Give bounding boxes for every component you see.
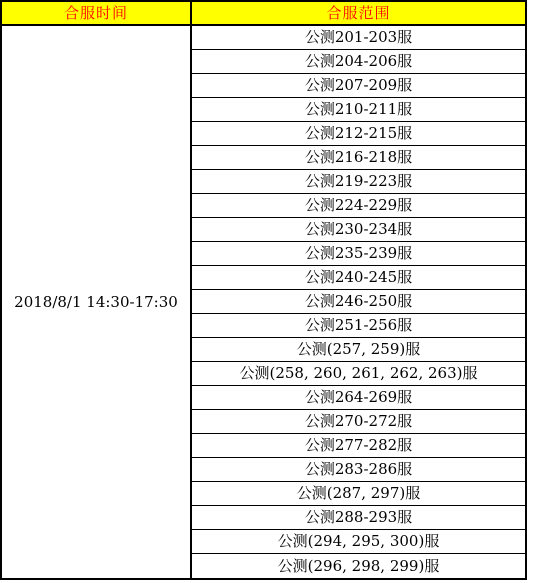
- merge-range-row: 公测240-245服: [192, 266, 525, 290]
- merge-range-row: 公测277-282服: [192, 434, 525, 458]
- merge-time-value: 2018/8/1 14:30-17:30: [2, 26, 192, 578]
- merge-range-row: 公测251-256服: [192, 314, 525, 338]
- merge-range-row: 公测(294, 295, 300)服: [192, 530, 525, 554]
- merge-range-row: 公测246-250服: [192, 290, 525, 314]
- merge-range-row: 公测230-234服: [192, 218, 525, 242]
- merge-range-row: 公测210-211服: [192, 98, 525, 122]
- header-merge-range: 合服范围: [192, 2, 525, 26]
- merge-range-row: 公测288-293服: [192, 506, 525, 530]
- merge-range-row: 公测219-223服: [192, 170, 525, 194]
- merge-range-row: 公测(287, 297)服: [192, 482, 525, 506]
- merge-range-row: 公测(296, 298, 299)服: [192, 554, 525, 578]
- merge-range-row: 公测235-239服: [192, 242, 525, 266]
- merge-range-row: 公测270-272服: [192, 410, 525, 434]
- merge-range-row: 公测201-203服: [192, 26, 525, 50]
- merge-range-row: 公测216-218服: [192, 146, 525, 170]
- merge-range-row: 公测224-229服: [192, 194, 525, 218]
- merge-range-row: 公测204-206服: [192, 50, 525, 74]
- merge-range-row: 公测(257, 259)服: [192, 338, 525, 362]
- header-merge-time: 合服时间: [2, 2, 192, 26]
- server-merge-table: 合服时间 合服范围 2018/8/1 14:30-17:30 公测201-203…: [0, 0, 527, 580]
- merge-range-row: 公测283-286服: [192, 458, 525, 482]
- merge-range-row: 公测207-209服: [192, 74, 525, 98]
- merge-range-row: 公测(258, 260, 261, 262, 263)服: [192, 362, 525, 386]
- merge-range-row: 公测264-269服: [192, 386, 525, 410]
- merge-range-row: 公测212-215服: [192, 122, 525, 146]
